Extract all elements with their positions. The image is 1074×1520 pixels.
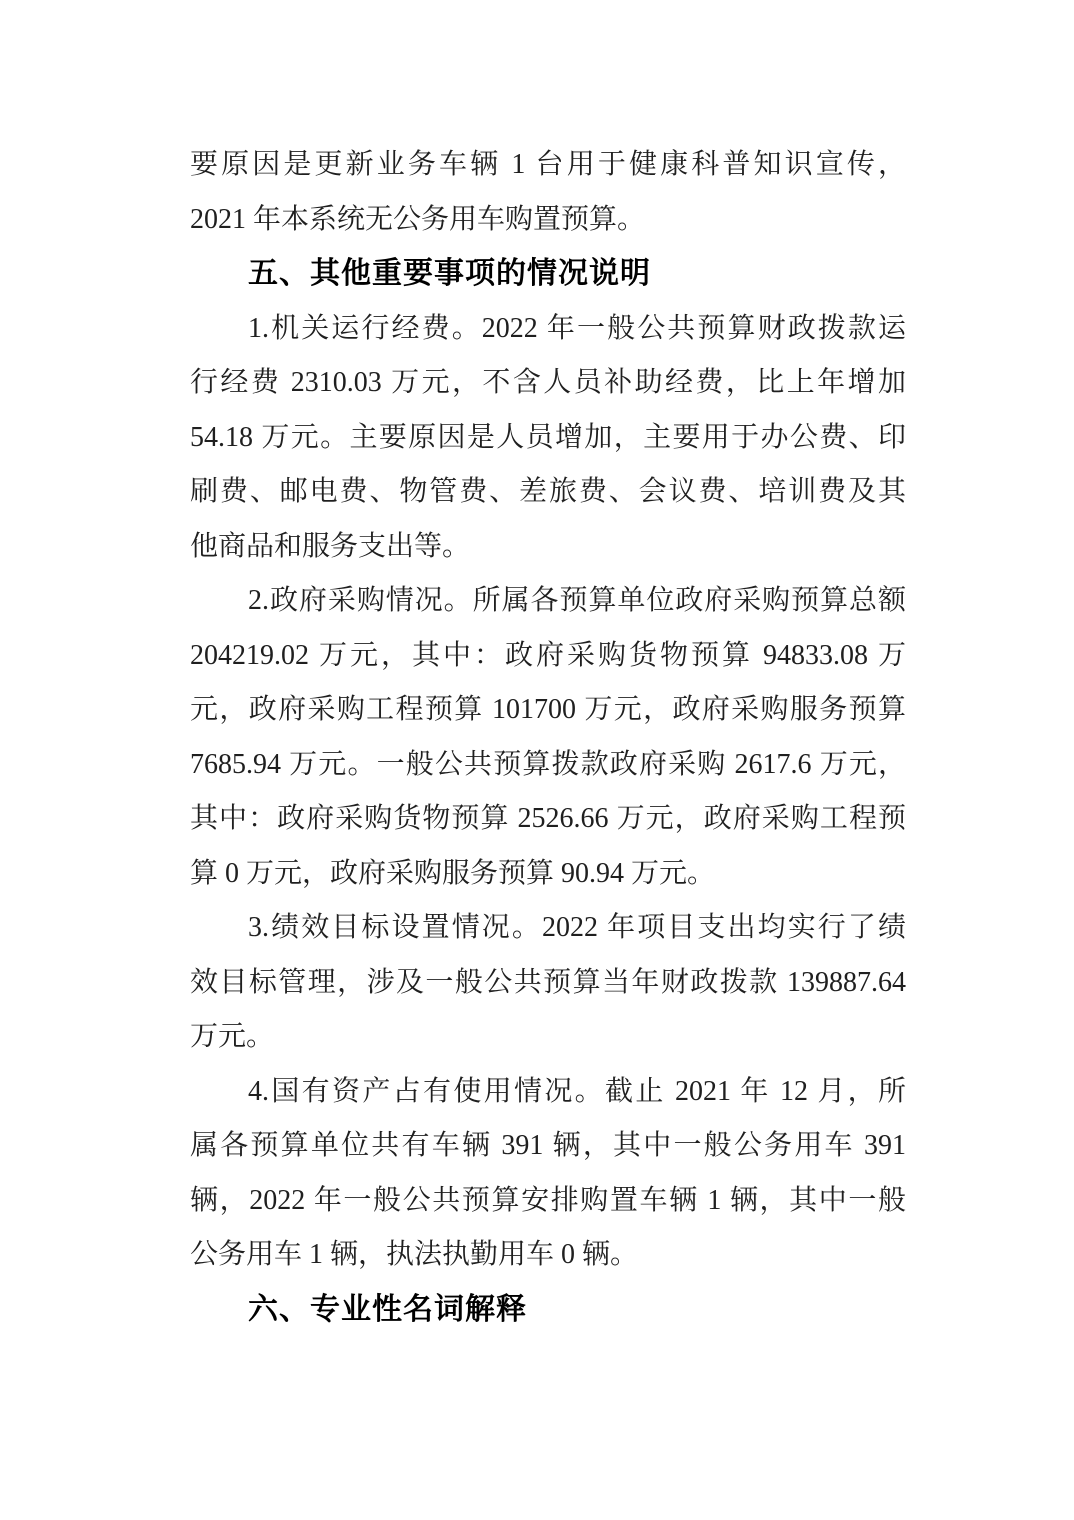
text-line: 4.国有资产占有使用情况。截止 2021 年 12 月，所 bbox=[190, 1065, 906, 1120]
document-page: 要原因是更新业务车辆 1 台用于健康科普知识宣传，2021 年本系统无公务用车购… bbox=[0, 0, 1074, 1520]
text-line: 效目标管理，涉及一般公共预算当年财政拨款 139887.64 bbox=[190, 956, 906, 1011]
section-heading: 六、专业性名词解释 bbox=[190, 1283, 906, 1338]
text-line: 属各预算单位共有车辆 391 辆，其中一般公务用车 391 bbox=[190, 1119, 906, 1174]
paragraph: 要原因是更新业务车辆 1 台用于健康科普知识宣传，2021 年本系统无公务用车购… bbox=[190, 138, 906, 247]
text-line: 1.机关运行经费。2022 年一般公共预算财政拨款运 bbox=[190, 302, 906, 357]
paragraph: 4.国有资产占有使用情况。截止 2021 年 12 月，所属各预算单位共有车辆 … bbox=[190, 1065, 906, 1283]
text-line: 2021 年本系统无公务用车购置预算。 bbox=[190, 193, 906, 248]
text-line: 204219.02 万元，其中：政府采购货物预算 94833.08 万 bbox=[190, 629, 906, 684]
text-line: 7685.94 万元。一般公共预算拨款政府采购 2617.6 万元， bbox=[190, 738, 906, 793]
text-line: 刷费、邮电费、物管费、差旅费、会议费、培训费及其 bbox=[190, 465, 906, 520]
paragraph: 3.绩效目标设置情况。2022 年项目支出均实行了绩效目标管理，涉及一般公共预算… bbox=[190, 901, 906, 1065]
page-body: 要原因是更新业务车辆 1 台用于健康科普知识宣传，2021 年本系统无公务用车购… bbox=[190, 138, 906, 1337]
text-line: 五、其他重要事项的情况说明 bbox=[190, 247, 906, 302]
paragraph: 2.政府采购情况。所属各预算单位政府采购预算总额204219.02 万元，其中：… bbox=[190, 574, 906, 901]
text-line: 辆，2022 年一般公共预算安排购置车辆 1 辆，其中一般 bbox=[190, 1174, 906, 1229]
text-line: 要原因是更新业务车辆 1 台用于健康科普知识宣传， bbox=[190, 138, 906, 193]
text-line: 六、专业性名词解释 bbox=[190, 1283, 906, 1338]
text-line: 算 0 万元，政府采购服务预算 90.94 万元。 bbox=[190, 847, 906, 902]
text-line: 行经费 2310.03 万元，不含人员补助经费，比上年增加 bbox=[190, 356, 906, 411]
section-heading: 五、其他重要事项的情况说明 bbox=[190, 247, 906, 302]
text-line: 元，政府采购工程预算 101700 万元，政府采购服务预算 bbox=[190, 683, 906, 738]
text-line: 万元。 bbox=[190, 1010, 906, 1065]
text-line: 3.绩效目标设置情况。2022 年项目支出均实行了绩 bbox=[190, 901, 906, 956]
text-line: 他商品和服务支出等。 bbox=[190, 520, 906, 575]
text-line: 2.政府采购情况。所属各预算单位政府采购预算总额 bbox=[190, 574, 906, 629]
text-line: 其中：政府采购货物预算 2526.66 万元，政府采购工程预 bbox=[190, 792, 906, 847]
text-line: 公务用车 1 辆，执法执勤用车 0 辆。 bbox=[190, 1228, 906, 1283]
text-line: 54.18 万元。主要原因是人员增加，主要用于办公费、印 bbox=[190, 411, 906, 466]
paragraph: 1.机关运行经费。2022 年一般公共预算财政拨款运行经费 2310.03 万元… bbox=[190, 302, 906, 575]
